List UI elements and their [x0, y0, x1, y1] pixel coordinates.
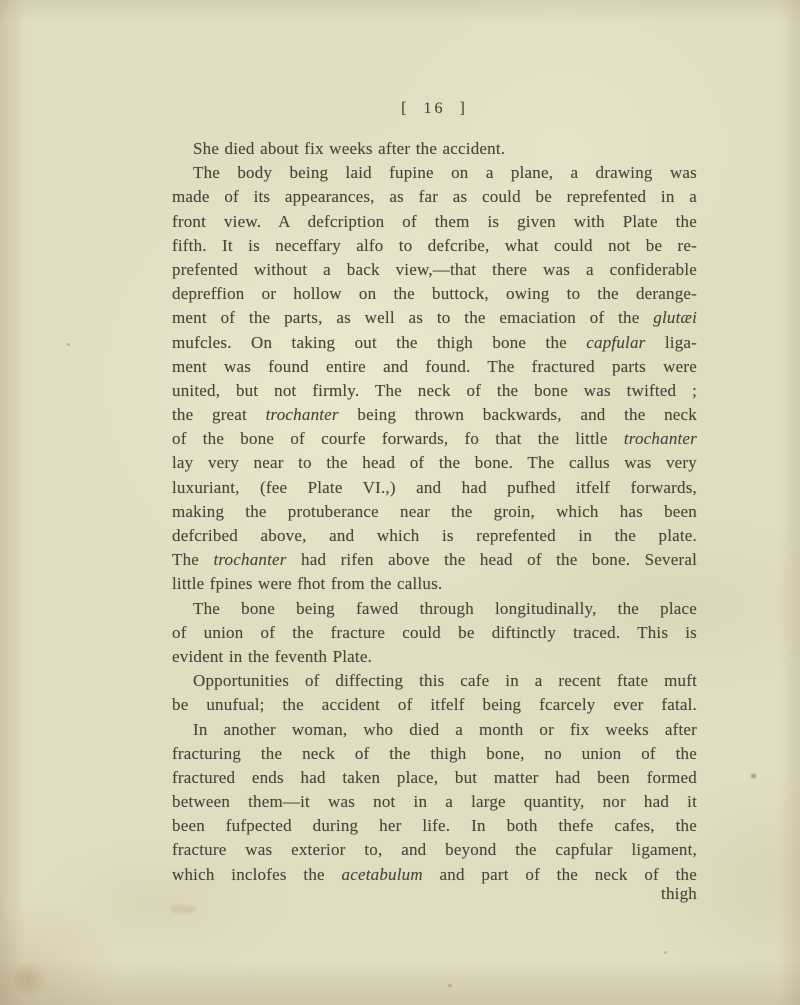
paper-speck	[448, 984, 452, 987]
text-segment: little fpines were fhot from the callus.	[172, 574, 442, 593]
italic-term: trochanter	[624, 429, 697, 448]
text-line: In another woman, who died a month or fi…	[172, 718, 697, 742]
text-line: been fufpected during her life. In both …	[172, 814, 697, 838]
text-segment: prefented without a back view,—that ther…	[172, 260, 697, 279]
italic-term: glutæi	[653, 308, 697, 327]
text-line: defcribed above, and which is reprefente…	[172, 524, 697, 548]
text-line: The trochanter had rifen above the head …	[172, 548, 697, 572]
text-segment: The body being laid fupine on a plane, a…	[193, 163, 697, 182]
text-segment: be unufual; the accident of itfelf being…	[172, 695, 697, 714]
text-line: fractured ends had taken place, but matt…	[172, 766, 697, 790]
text-segment: The bone being fawed through longitudina…	[193, 599, 697, 618]
text-segment: fracture was exterior to, and beyond the…	[172, 840, 697, 859]
text-segment: luxuriant, (fee Plate VI.,) and had pufh…	[172, 478, 697, 497]
text-line: evident in the feventh Plate.	[172, 645, 697, 669]
paper-speck	[67, 343, 70, 346]
text-segment: been fufpected during her life. In both …	[172, 816, 697, 835]
text-line: of the bone of courfe forwards, fo that …	[172, 427, 697, 451]
page-number: [ 16 ]	[172, 100, 697, 118]
italic-term: trochanter	[213, 550, 286, 569]
text-line: prefented without a back view,—that ther…	[172, 258, 697, 282]
paper-speck	[751, 774, 756, 778]
text-segment: made of its appearances, as far as could…	[172, 187, 697, 206]
text-line: She died about fix weeks after the accid…	[172, 137, 697, 161]
text-segment: The	[172, 550, 213, 569]
text-segment: and part of the neck of the	[423, 865, 697, 884]
text-line: Opportunities of diffecting this cafe in…	[172, 669, 697, 693]
text-segment: of union of the fracture could be diftin…	[172, 623, 697, 642]
text-line: made of its appearances, as far as could…	[172, 185, 697, 209]
text-line: little fpines were fhot from the callus.	[172, 572, 697, 596]
text-segment: fracturing the neck of the thigh bone, n…	[172, 744, 697, 763]
text-segment: lay very near to the head of the bone. T…	[172, 453, 697, 472]
paper-speck	[664, 951, 667, 954]
text-segment: depreffion or hollow on the buttock, owi…	[172, 284, 697, 303]
text-segment: making the protuberance near the groin, …	[172, 502, 697, 521]
text-line: front view. A defcription of them is giv…	[172, 210, 697, 234]
text-segment: She died about fix weeks after the accid…	[193, 139, 505, 158]
text-segment: evident in the feventh Plate.	[172, 647, 372, 666]
text-line: be unufual; the accident of itfelf being…	[172, 693, 697, 717]
italic-term: acetabulum	[342, 865, 423, 884]
text-line: the great trochanter being thrown backwa…	[172, 403, 697, 427]
text-segment: fractured ends had taken place, but matt…	[172, 768, 697, 787]
text-segment: In another woman, who died a month or fi…	[193, 720, 697, 739]
text-line: making the protuberance near the groin, …	[172, 500, 697, 524]
text-segment: Opportunities of diffecting this cafe in…	[193, 671, 697, 690]
text-segment: fifth. It is neceffary alfo to defcribe,…	[172, 236, 697, 255]
text-line: depreffion or hollow on the buttock, owi…	[172, 282, 697, 306]
text-line: The bone being fawed through longitudina…	[172, 597, 697, 621]
text-segment: of the bone of courfe forwards, fo that …	[172, 429, 624, 448]
text-segment: the great	[172, 405, 266, 424]
text-line: united, but not firmly. The neck of the …	[172, 379, 697, 403]
text-segment: defcribed above, and which is reprefente…	[172, 526, 697, 545]
text-segment: which inclofes the	[172, 865, 342, 884]
paper-stain	[14, 962, 48, 998]
text-segment: united, but not firmly. The neck of the …	[172, 381, 697, 400]
text-line: between them—it was not in a large quant…	[172, 790, 697, 814]
catchword: thigh	[172, 882, 697, 906]
text-block: She died about fix weeks after the accid…	[172, 137, 697, 887]
text-segment: ment was found entire and found. The fra…	[172, 357, 697, 376]
text-line: ment of the parts, as well as to the ema…	[172, 306, 697, 330]
text-line: luxuriant, (fee Plate VI.,) and had pufh…	[172, 476, 697, 500]
text-line: ment was found entire and found. The fra…	[172, 355, 697, 379]
text-segment: being thrown backwards, and the neck	[339, 405, 697, 424]
book-page: [ 16 ] She died about fix weeks after th…	[0, 0, 800, 1005]
text-segment: front view. A defcription of them is giv…	[172, 212, 697, 231]
text-line: mufcles. On taking out the thigh bone th…	[172, 331, 697, 355]
text-line: fifth. It is neceffary alfo to defcribe,…	[172, 234, 697, 258]
text-segment: mufcles. On taking out the thigh bone th…	[172, 333, 586, 352]
text-segment: between them—it was not in a large quant…	[172, 792, 697, 811]
italic-term: capfular	[586, 333, 645, 352]
text-line: fracturing the neck of the thigh bone, n…	[172, 742, 697, 766]
text-segment: ment of the parts, as well as to the ema…	[172, 308, 653, 327]
text-line: fracture was exterior to, and beyond the…	[172, 838, 697, 862]
text-segment: had rifen above the head of the bone. Se…	[287, 550, 697, 569]
text-segment: liga-	[645, 333, 697, 352]
text-line: of union of the fracture could be diftin…	[172, 621, 697, 645]
text-line: The body being laid fupine on a plane, a…	[172, 161, 697, 185]
italic-term: trochanter	[266, 405, 339, 424]
text-line: lay very near to the head of the bone. T…	[172, 451, 697, 475]
